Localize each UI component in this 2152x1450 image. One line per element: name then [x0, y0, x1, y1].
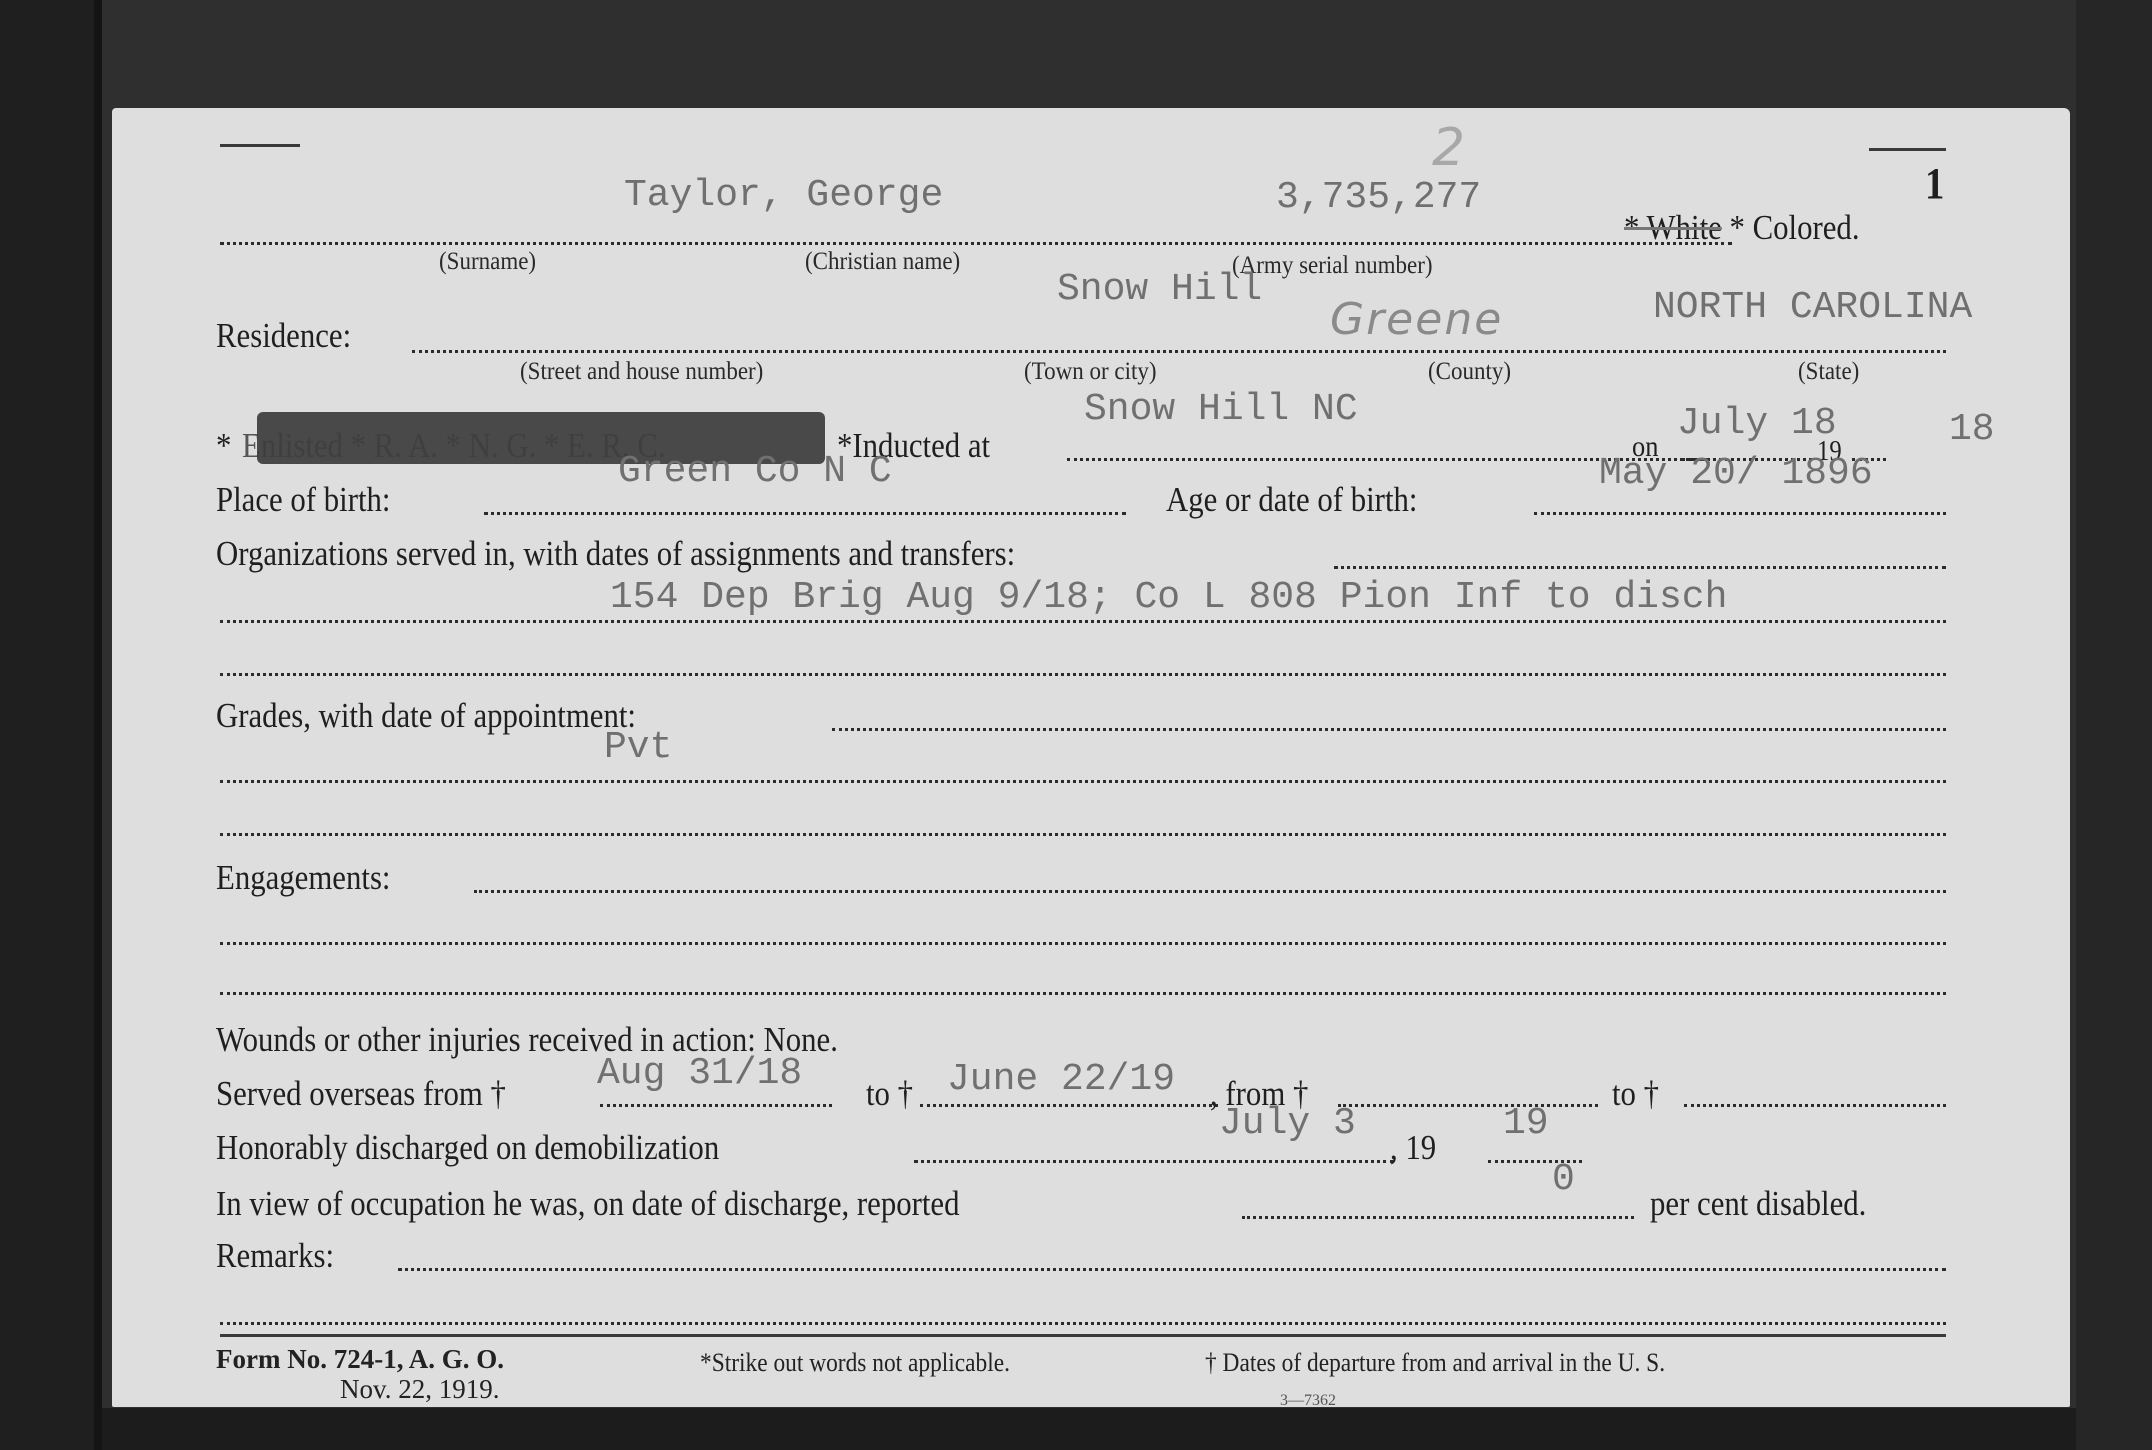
- disability-suffix: per cent disabled.: [1650, 1184, 1866, 1224]
- organizations-label: Organizations served in, with dates of a…: [216, 534, 1015, 574]
- page-number: 1: [1925, 158, 1944, 209]
- organizations-value: 154 Dep Brig Aug 9/18; Co L 808 Pion Inf…: [610, 576, 1727, 619]
- serial-number-value: 3,735,277: [1276, 176, 1481, 219]
- overseas-to-label: to †: [866, 1074, 913, 1114]
- print-code: 3—7362: [1280, 1392, 1336, 1410]
- scan-edge: [94, 0, 102, 1450]
- birth-date-label: Age or date of birth:: [1166, 480, 1417, 520]
- scan-background-bottom: [102, 1408, 2076, 1450]
- residence-line: [412, 350, 1946, 353]
- grades-line-3: [220, 833, 1946, 836]
- overseas-from-line: [600, 1104, 832, 1107]
- strike-out-note: *Strike out words not applicable.: [700, 1348, 1010, 1378]
- overseas-from2-line: [1338, 1104, 1598, 1107]
- residence-state-value: NORTH CAROLINA: [1653, 286, 1972, 329]
- grades-line-2: [220, 780, 1946, 783]
- organizations-line-2: [220, 620, 1946, 623]
- handwritten-mark: 2: [1432, 118, 1467, 178]
- form-number: Form No. 724-1, A. G. O.: [216, 1344, 504, 1375]
- surname-label: (Surname): [439, 248, 536, 276]
- organizations-line-1: [1334, 566, 1946, 569]
- remarks-line-2: [220, 1322, 1946, 1325]
- overseas-to-line: [920, 1104, 1218, 1107]
- organizations-line-3: [220, 673, 1946, 676]
- birth-date-line: [1534, 512, 1946, 515]
- race-field: * White * Colored.: [1624, 208, 1860, 248]
- overseas-to-value: June 22/19: [947, 1058, 1175, 1101]
- overseas-to2-line: [1684, 1104, 1946, 1107]
- top-left-rule: [220, 144, 300, 147]
- birth-place-label: Place of birth:: [216, 480, 390, 520]
- discharge-label: Honorably discharged on demobilization: [216, 1128, 719, 1168]
- overseas-from-label: Served overseas from †: [216, 1074, 506, 1114]
- engagements-line-2: [220, 942, 1946, 945]
- remarks-label: Remarks:: [216, 1236, 334, 1276]
- overseas-to2-label: to †: [1612, 1074, 1659, 1114]
- grades-line-1: [832, 728, 1946, 731]
- residence-county-value: Greene: [1330, 294, 1503, 345]
- scan-background-left: [0, 0, 94, 1450]
- discharge-year-value: 19: [1503, 1102, 1549, 1145]
- engagements-line-3: [220, 992, 1946, 995]
- grades-label: Grades, with date of appointment:: [216, 696, 636, 736]
- town-label: (Town or city): [1024, 358, 1157, 386]
- name-line: [220, 242, 1732, 245]
- scan-background-right: [2076, 0, 2152, 1450]
- residence-town-value: Snow Hill: [1057, 268, 1262, 311]
- service-record-card: 1 2 Taylor, George 3,735,277 * White * C…: [112, 108, 2070, 1407]
- engagements-label: Engagements:: [216, 858, 390, 898]
- top-right-rule: [1869, 148, 1946, 151]
- birth-date-value: May 20/ 1896: [1599, 452, 1873, 495]
- street-label: (Street and house number): [520, 358, 763, 386]
- inducted-year-value: 18: [1949, 408, 1995, 451]
- surname-name-value: Taylor, George: [624, 174, 943, 217]
- form-date: Nov. 22, 1919.: [340, 1374, 500, 1405]
- disability-value: 0: [1552, 1158, 1575, 1201]
- birth-place-value: Green Co N C: [618, 450, 892, 493]
- race-colored: * Colored.: [1730, 208, 1860, 247]
- grades-value: Pvt: [604, 726, 672, 769]
- birth-place-line: [484, 512, 1126, 515]
- discharge-year-prefix: , 19: [1390, 1128, 1436, 1168]
- state-label: (State): [1798, 358, 1859, 386]
- remarks-line-1: [398, 1268, 1946, 1271]
- disability-line: [1242, 1216, 1634, 1219]
- inducted-place-value: Snow Hill NC: [1084, 388, 1358, 431]
- residence-label: Residence:: [216, 316, 351, 356]
- inducted-date-value: July 18: [1677, 402, 1837, 445]
- christian-name-label: (Christian name): [805, 248, 960, 276]
- discharge-date-line: [914, 1160, 1394, 1163]
- disability-label: In view of occupation he was, on date of…: [216, 1184, 960, 1224]
- asterisk: *: [216, 426, 231, 466]
- footer-rule: [220, 1334, 1946, 1337]
- dates-note: † Dates of departure from and arrival in…: [1205, 1348, 1665, 1378]
- discharge-date-value: July 3: [1219, 1102, 1356, 1145]
- engagements-line-1: [474, 890, 1946, 893]
- county-label: (County): [1428, 358, 1511, 386]
- race-white: * White: [1624, 208, 1722, 247]
- overseas-from-value: Aug 31/18: [597, 1052, 802, 1095]
